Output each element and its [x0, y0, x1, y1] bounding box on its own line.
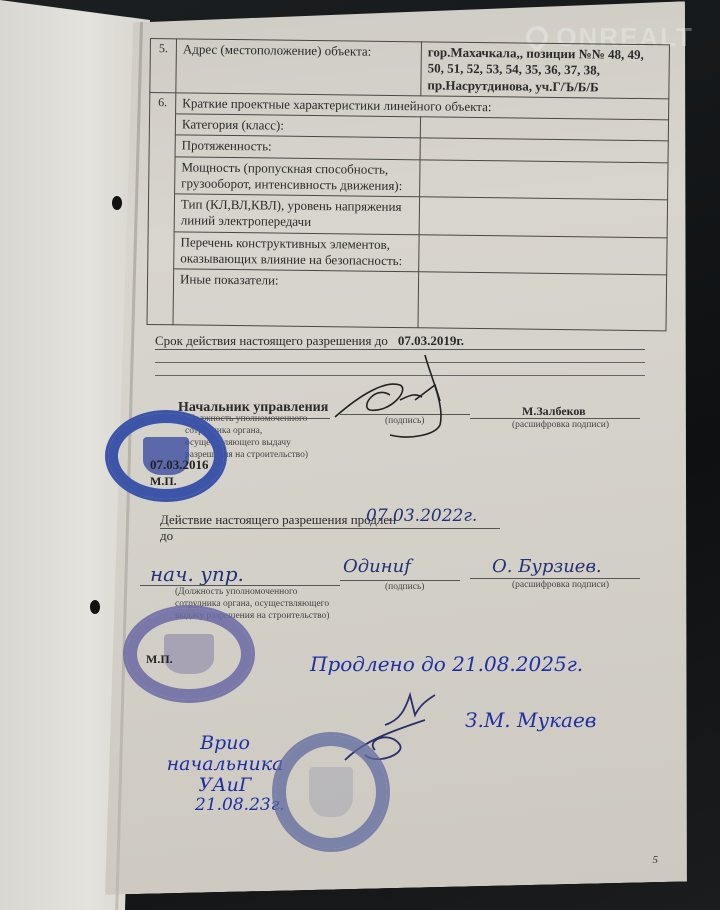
validity-line: Срок действия настоящего разрешения до07… — [155, 333, 645, 350]
signature-zalbekov — [330, 355, 470, 450]
extension-note: Продлено до 21.08.2025г. — [310, 652, 583, 676]
name-caption: (расшифровка подписи) — [512, 580, 609, 592]
validity-label: Срок действия настоящего разрешения до — [155, 333, 388, 348]
field-label: Мощность (пропускная способность, грузоо… — [175, 156, 420, 196]
field-value — [420, 117, 668, 141]
row-number: 6. — [147, 92, 176, 325]
binding-hole — [90, 600, 100, 614]
handwritten-position: нач. упр. — [150, 562, 244, 586]
field-value — [419, 197, 667, 238]
signature-caption: (подпись) — [385, 582, 424, 594]
address-value: гор.Махачкала,, позиции №№ 48, 49, 50, 5… — [421, 42, 670, 99]
table-row: Иные показатели: — [147, 268, 667, 330]
city-emblem-icon — [309, 767, 354, 817]
field-label: Перечень конструктивных элементов, оказы… — [174, 231, 419, 271]
page-number: 5 — [653, 854, 659, 866]
official-seal — [123, 605, 255, 703]
table-row: Мощность (пропускная способность, грузоо… — [149, 156, 668, 200]
field-label: Иные показатели: — [173, 269, 419, 328]
field-value — [420, 159, 668, 200]
object-characteristics-table: 5. Адрес (местоположение) объекта: гор.М… — [146, 38, 669, 331]
binding-hole — [112, 196, 122, 210]
field-value — [418, 272, 667, 331]
table-row: 5. Адрес (местоположение) объекта: гор.М… — [150, 39, 670, 99]
seal-mark: М.П. — [150, 474, 177, 489]
permit-document: 5. Адрес (местоположение) объекта: гор.М… — [146, 38, 669, 331]
validity-date: 07.03.2019г. — [398, 333, 464, 348]
handwritten-name: З.М. Мукаев — [465, 708, 596, 732]
sig-line — [340, 580, 460, 581]
row-number: 5. — [150, 39, 177, 93]
field-label: Категория (класс): — [175, 114, 420, 138]
address-label: Адрес (местоположение) объекта: — [176, 39, 422, 96]
table-row: Тип (КЛ,ВЛ,КВЛ), уровень напряжения лини… — [148, 193, 667, 237]
sig-line — [160, 528, 500, 529]
table-row: Перечень конструктивных элементов, оказы… — [148, 231, 667, 275]
sig-line — [140, 585, 340, 586]
stamp-date: 07.03.2016 — [150, 457, 209, 473]
extension-date: 07.03.2022г. — [366, 506, 477, 526]
official-seal — [272, 732, 390, 852]
field-label: Протяженность: — [175, 135, 420, 159]
field-value — [420, 138, 668, 162]
field-label: Тип (КЛ,ВЛ,КВЛ), уровень напряжения лини… — [174, 194, 419, 234]
sig-line — [470, 418, 640, 419]
signer-name: М.Залбеков — [522, 404, 586, 419]
handwritten-date: 21.08.23г. — [195, 795, 285, 815]
handwritten-name: О. Бурзиев. — [492, 556, 602, 577]
seal-mark: М.П. — [146, 652, 173, 667]
handwritten-signature: Одиниf — [343, 556, 411, 577]
name-caption: (расшифровка подписи) — [512, 420, 609, 432]
sig-line — [470, 578, 640, 579]
field-value — [419, 234, 667, 275]
